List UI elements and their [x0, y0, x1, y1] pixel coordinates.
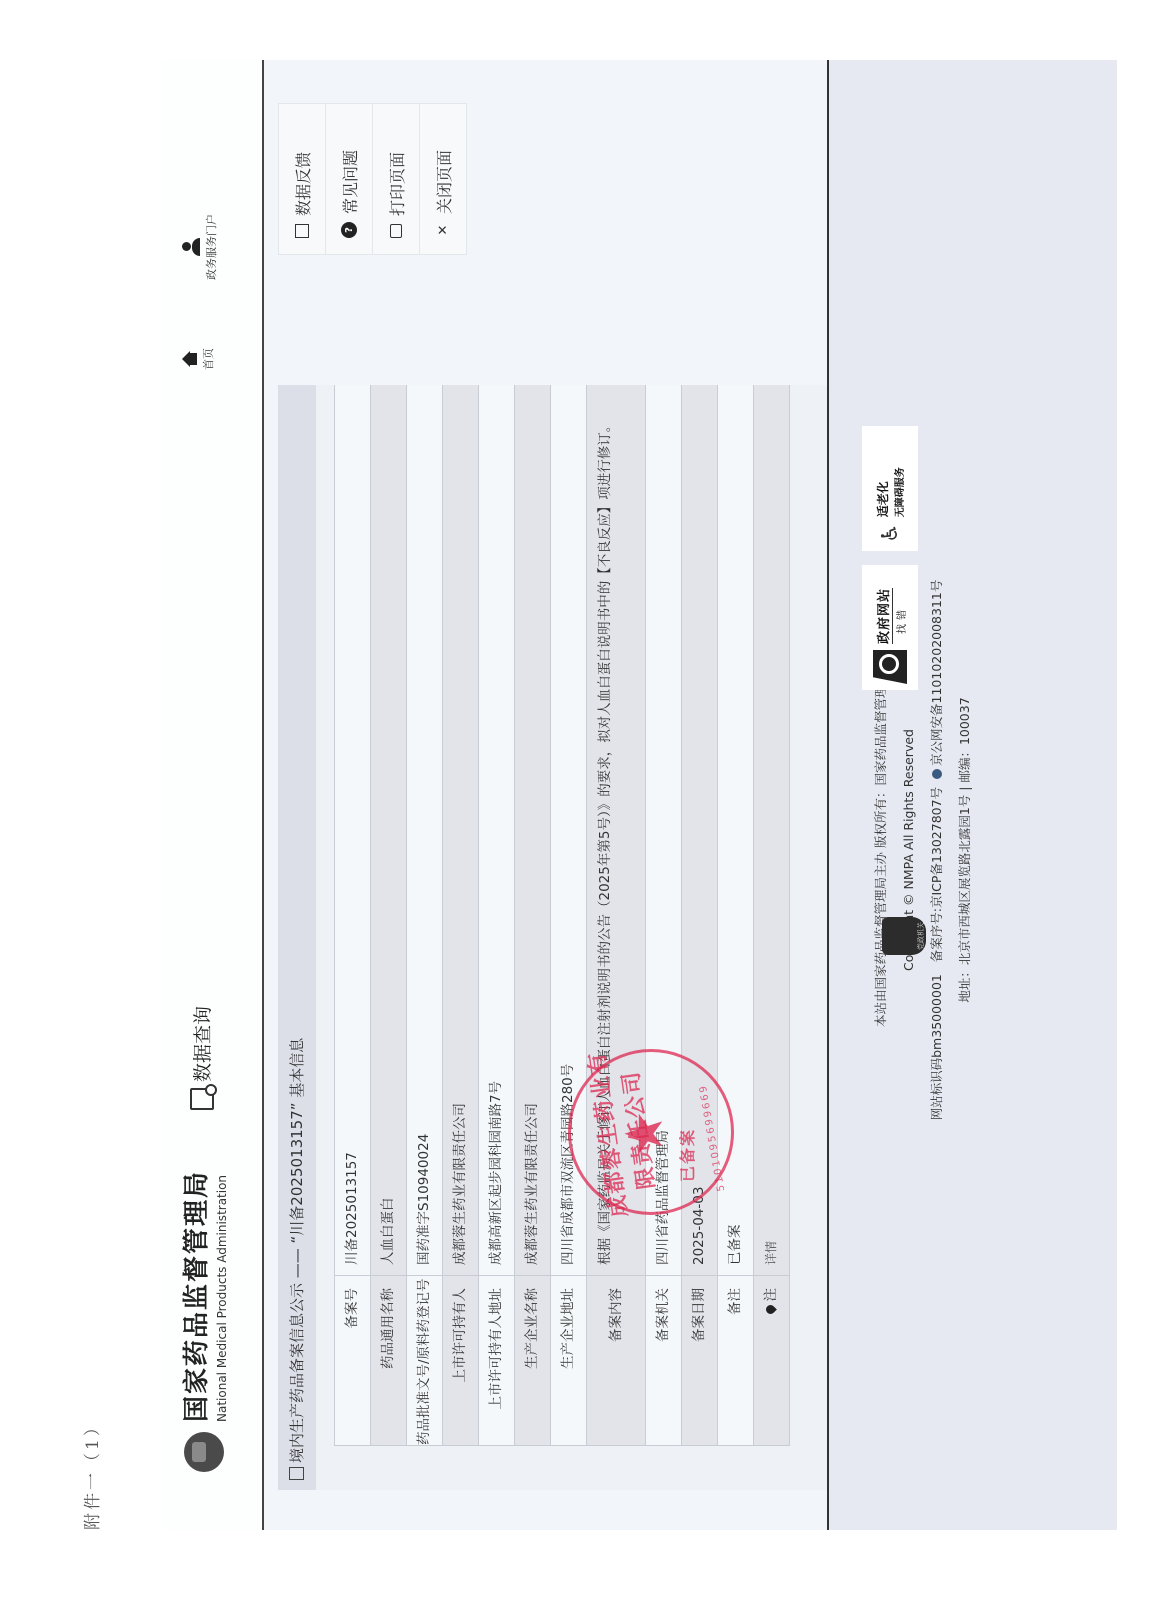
print-icon	[390, 224, 402, 238]
note-label: 注	[763, 1288, 779, 1302]
tool-label: 关闭页面	[432, 150, 455, 214]
details-link[interactable]: 详情	[754, 385, 789, 1275]
row-label: 上市许可持有人地址	[479, 1275, 514, 1445]
site-footer: 本站由国家药品监督管理局主办 版权所有：国家药品监督管理局 Copyright …	[827, 60, 1117, 1530]
footer-badges: 政府网站找错 ♿ 适老化无障碍服务	[862, 426, 918, 690]
row-label: 备案机关	[646, 1275, 681, 1445]
seal-number: 5101095699669	[698, 1083, 728, 1192]
table-row: 备注已备案	[718, 385, 754, 1445]
row-label: 备案内容	[587, 1275, 645, 1445]
row-label: 药品批准文号/原料药登记号	[407, 1275, 442, 1445]
gov-site-error-badge[interactable]: 政府网站找错	[862, 565, 918, 690]
row-value: 成都蓉生药业有限责任公司	[443, 385, 478, 1275]
magnifier-icon	[873, 650, 907, 684]
card-title-text: 境内生产药品备案信息公示 —— “川备2025013157” 基本信息	[288, 1038, 306, 1463]
floating-toolbar: 数据反馈 ?常见问题 打印页面 ✕关闭页面	[278, 103, 467, 255]
brand[interactable]: 国家药品监督管理局 National Medical Products Admi…	[176, 1170, 229, 1422]
seal-sub: 已备案	[675, 1128, 698, 1182]
footer-registration: 网站标识码bm35000001 备案序号:京ICP备13027807号 京公网安…	[923, 570, 951, 1130]
document-page: 国家药品监督管理局 National Medical Products Admi…	[262, 60, 1112, 1530]
badge-age-sub: 无障碍服务	[891, 467, 906, 517]
question-icon: ?	[341, 222, 357, 238]
data-query-label: 数据查询	[188, 1006, 215, 1082]
row-label: 上市许可持有人	[443, 1275, 478, 1445]
nav-home-label: 首页	[202, 348, 215, 370]
table-row: 备案内容根据《国家药监局关于修订人血白蛋白注射剂说明书的公告（2025年第5号）…	[587, 385, 646, 1445]
table-row: 药品通用名称人血白蛋白	[371, 385, 407, 1445]
star-icon: ★	[619, 1110, 671, 1157]
tool-label: 常见问题	[338, 150, 361, 214]
party-gov-badge[interactable]: 党政机关	[882, 917, 926, 955]
row-label: 生产企业地址	[551, 1275, 586, 1445]
row-label: 生产企业名称	[515, 1275, 550, 1445]
row-label: 药品通用名称	[371, 1275, 406, 1445]
badge-find-title: 政府网站	[873, 588, 892, 644]
nav-gov-portal[interactable]: 政务服务门户	[182, 214, 219, 280]
row-value: 人血白蛋白	[371, 385, 406, 1275]
table-row: 药品批准文号/原料药登记号国药准字S10940024	[407, 385, 443, 1445]
close-icon: ✕	[435, 222, 451, 238]
site-id: 网站标识码bm35000001	[929, 974, 944, 1120]
data-search-icon	[190, 1088, 214, 1110]
info-card: 境内生产药品备案信息公示 —— “川备2025013157” 基本信息 备案号川…	[278, 385, 868, 1490]
faq-button[interactable]: ?常见问题	[326, 104, 373, 254]
police-link[interactable]: 京公网安备11010202008311号	[929, 580, 944, 766]
card-title: 境内生产药品备案信息公示 —— “川备2025013157” 基本信息	[278, 385, 316, 1490]
table-row: 备案日期2025-04-03	[682, 385, 718, 1445]
table-row: 生产企业名称成都蓉生药业有限责任公司	[515, 385, 551, 1445]
row-value: 川备2025013157	[335, 385, 370, 1275]
badge-age-title: 适老化	[874, 467, 891, 517]
user-icon	[182, 243, 191, 252]
tool-label: 数据反馈	[291, 152, 314, 216]
row-value: 成都蓉生药业有限责任公司	[515, 385, 550, 1275]
party-badge-label: 党政机关	[917, 922, 925, 950]
police-badge-icon	[932, 769, 942, 779]
accessibility-icon: ♿	[878, 523, 903, 543]
print-button[interactable]: 打印页面	[373, 104, 420, 254]
row-value: 国药准字S10940024	[407, 385, 442, 1275]
national-emblem-icon	[184, 1432, 224, 1472]
row-value: 成都高新区起步园科园南路7号	[479, 385, 514, 1275]
table-row: 生产企业地址四川省成都市双流区青园路280号	[551, 385, 587, 1445]
brand-cn: 国家药品监督管理局	[176, 1170, 213, 1422]
nav-home[interactable]: 首页	[182, 348, 216, 370]
home-icon	[182, 351, 190, 367]
official-seal: 成都蓉生药业有限责任公司 ★ 已备案 5101095699669	[568, 1049, 734, 1215]
nav-portal-label: 政务服务门户	[205, 214, 218, 280]
icp-link[interactable]: 备案序号:京ICP备13027807号	[929, 787, 944, 962]
info-table: 备案号川备2025013157 药品通用名称人血白蛋白 药品批准文号/原料药登记…	[334, 385, 790, 1446]
table-row: 上市许可持有人地址成都高新区起步园科园南路7号	[479, 385, 515, 1445]
site-header: 国家药品监督管理局 National Medical Products Admi…	[162, 60, 262, 1530]
badge-find-sub: 找错	[892, 588, 908, 644]
feedback-icon	[295, 224, 309, 238]
document-icon	[289, 1467, 304, 1480]
table-row: 备案机关四川省药品监督管理局	[646, 385, 682, 1445]
row-label: 注	[754, 1275, 789, 1445]
pin-icon	[764, 1304, 777, 1317]
feedback-button[interactable]: 数据反馈	[279, 104, 326, 254]
accessibility-badge[interactable]: ♿ 适老化无障碍服务	[862, 426, 918, 551]
data-query-title[interactable]: 数据查询	[188, 1006, 215, 1110]
footer-divider	[827, 60, 829, 1530]
table-row: 上市许可持有人成都蓉生药业有限责任公司	[443, 385, 479, 1445]
close-page-button[interactable]: ✕关闭页面	[420, 104, 466, 254]
row-label: 备案号	[335, 1275, 370, 1445]
tool-label: 打印页面	[385, 152, 408, 216]
row-label: 备案日期	[682, 1275, 717, 1445]
footer-address: 地址：北京市西城区展览路北露园1号 | 邮编：100037	[951, 570, 979, 1130]
brand-en: National Medical Products Administration	[215, 1170, 229, 1422]
user-icon-body	[192, 238, 200, 256]
header-divider	[262, 60, 264, 1530]
row-label: 备注	[718, 1275, 753, 1445]
attachment-label: 附件一（1）	[78, 1416, 103, 1530]
table-row: 备案号川备2025013157	[335, 385, 371, 1445]
table-row-note: 注详情	[754, 385, 790, 1445]
home-icon-base	[190, 353, 197, 365]
